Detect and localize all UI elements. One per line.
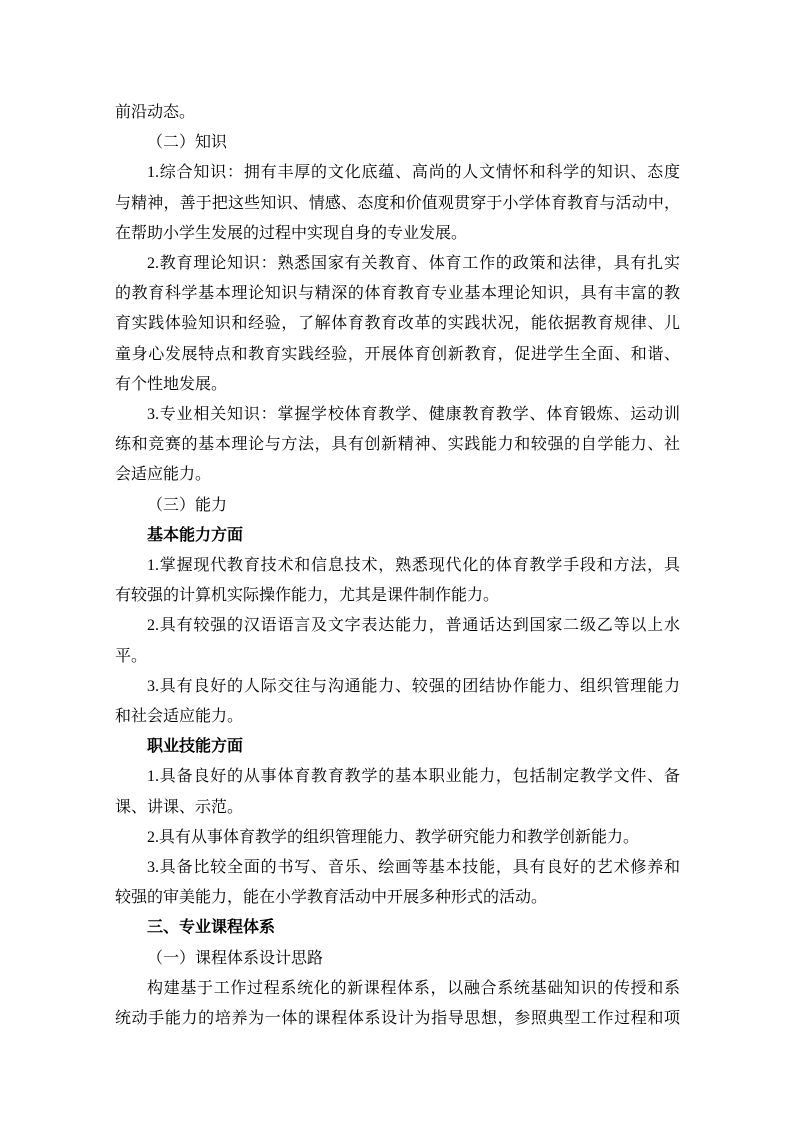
text-line: 1.掌握现代教育技术和信息技术，熟悉现代化的体育教学手段和方法，具 (115, 551, 680, 581)
text-line: 课、讲课、示范。 (115, 793, 680, 823)
heading-line: 职业技能方面 (115, 732, 680, 762)
text-line: 2.具有从事体育教学的组织管理能力、教学研究能力和教学创新能力。 (115, 823, 680, 853)
heading-line: 基本能力方面 (115, 521, 680, 551)
text-line: 在帮助小学生发展的过程中实现自身的专业发展。 (115, 219, 680, 249)
text-line: 1.综合知识：拥有丰厚的文化底蕴、高尚的人文情怀和科学的知识、态度 (115, 158, 680, 188)
text-line: 3.具有良好的人际交往与沟通能力、较强的团结协作能力、组织管理能力 (115, 672, 680, 702)
text-line: 有个性地发展。 (115, 370, 680, 400)
text-line: 3.具备比较全面的书写、音乐、绘画等基本技能，具有良好的艺术修养和 (115, 853, 680, 883)
text-line: 前沿动态。 (115, 98, 680, 128)
page: 前沿动态。（二）知识1.综合知识：拥有丰厚的文化底蕴、高尚的人文情怀和科学的知识… (0, 0, 794, 1123)
text-line: 平。 (115, 642, 680, 672)
text-line: 构建基于工作过程系统化的新课程体系，以融合系统基础知识的传授和系 (115, 974, 680, 1004)
text-line: 童身心发展特点和教育实践经验，开展体育创新教育，促进学生全面、和谐、 (115, 340, 680, 370)
text-line: 2.具有较强的汉语语言及文字表达能力，普通话达到国家二级乙等以上水 (115, 611, 680, 641)
text-line: 1.具备良好的从事体育教育教学的基本职业能力，包括制定教学文件、备 (115, 762, 680, 792)
text-line: 较强的审美能力，能在小学教育活动中开展多种形式的活动。 (115, 883, 680, 913)
text-line: （三）能力 (115, 491, 680, 521)
text-line: 统动手能力的培养为一体的课程体系设计为指导思想，参照典型工作过程和项 (115, 1004, 680, 1034)
text-line: 有较强的计算机实际操作能力，尤其是课件制作能力。 (115, 581, 680, 611)
text-line: 3.专业相关知识：掌握学校体育教学、健康教育教学、体育锻炼、运动训 (115, 400, 680, 430)
text-line: 和社会适应能力。 (115, 702, 680, 732)
document-body: 前沿动态。（二）知识1.综合知识：拥有丰厚的文化底蕴、高尚的人文情怀和科学的知识… (115, 98, 680, 1034)
text-line: 与精神，善于把这些知识、情感、态度和价值观贯穿于小学体育教育与活动中， (115, 189, 680, 219)
text-line: 2.教育理论知识：熟悉国家有关教育、体育工作的政策和法律，具有扎实 (115, 249, 680, 279)
text-line: 练和竞赛的基本理论与方法，具有创新精神、实践能力和较强的自学能力、社 (115, 430, 680, 460)
text-line: 育实践体验知识和经验，了解体育教育改革的实践状况，能依据教育规律、儿 (115, 309, 680, 339)
heading-line: 三、专业课程体系 (115, 913, 680, 943)
text-line: （一）课程体系设计思路 (115, 944, 680, 974)
text-line: （二）知识 (115, 128, 680, 158)
text-line: 会适应能力。 (115, 460, 680, 490)
text-line: 的教育科学基本理论知识与精深的体育教育专业基本理论知识，具有丰富的教 (115, 279, 680, 309)
